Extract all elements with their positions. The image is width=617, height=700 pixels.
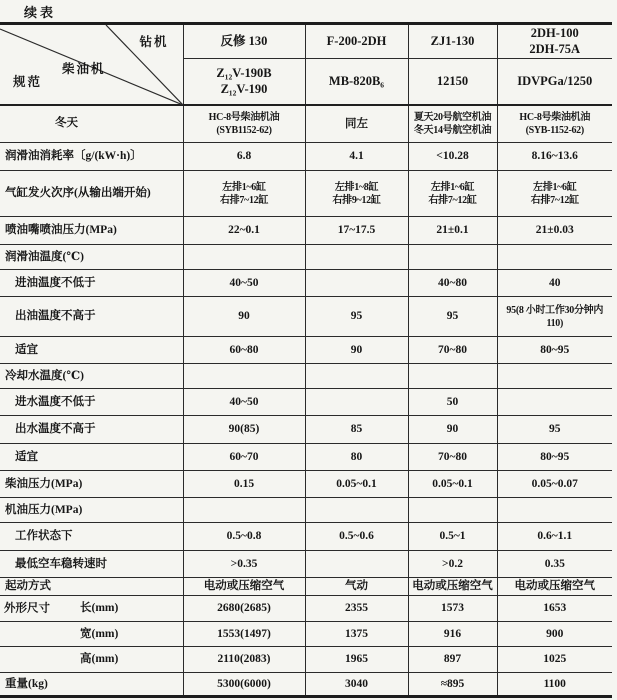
cell-value: 左排1~8缸 右排9~12缸 (305, 171, 408, 217)
cell-value (408, 245, 497, 270)
cell-value: 0.15 (183, 471, 305, 498)
row-label-cell: 工作状态下 (0, 523, 183, 551)
cell-value: 916 (408, 622, 497, 647)
row-label-cell: 最低空车稳转速时 (0, 551, 183, 578)
cell-value (497, 498, 612, 523)
cell-value: 0.6~1.1 (497, 523, 612, 551)
cell-value: 70~80 (408, 337, 497, 364)
row-label-cell: 冷却水温度(℃) (0, 364, 183, 389)
cell-value (305, 498, 408, 523)
row-label-cell: 气缸发火次序(从输出端开始) (0, 171, 183, 217)
cell-value: 1553(1497) (183, 622, 305, 647)
cell-value: 3040 (305, 673, 408, 697)
cell-value: 95 (497, 416, 612, 444)
continued-table-label: 续表 (24, 2, 56, 21)
row-label-text: 适宜 (0, 344, 183, 357)
row-label-text: 冷却水温度(℃) (0, 370, 183, 383)
cell-value: HC-8号柴油机油 (SYB1152-62) (183, 105, 305, 143)
row-group-label: 外形尺寸 (4, 602, 50, 615)
cell-value: <10.28 (408, 143, 497, 171)
table-row: 起动方式电动或压缩空气气动电动或压缩空气电动或压缩空气 (0, 578, 612, 596)
table-row: 机油压力(MPa) (0, 498, 612, 523)
cell-value (183, 245, 305, 270)
table-row: 出油温度不高于90959595(8 小时工作30分钟内110) (0, 297, 612, 337)
table-row: 冷却水温度(℃) (0, 364, 612, 389)
cell-value: 0.5~1 (408, 523, 497, 551)
cell-value: 左排1~6缸 右排7~12缸 (183, 171, 305, 217)
cell-value: 5300(6000) (183, 673, 305, 697)
cell-value: 900 (497, 622, 612, 647)
cell-value: 1375 (305, 622, 408, 647)
cell-value: 95 (305, 297, 408, 337)
row-label-text: 润滑油温度(℃) (0, 251, 183, 264)
cell-value: 1965 (305, 647, 408, 673)
engine-spec-table: 钻机 柴油机 规范 反修 130 F-200-2DH ZJ1-130 2DH-1… (0, 22, 612, 698)
cell-value (305, 389, 408, 416)
corner-label-engine: 柴油机 (62, 59, 106, 77)
row-label-cell: 出水温度不高于 (0, 416, 183, 444)
table-row: 宽(mm)1553(1497)1375916900 (0, 622, 612, 647)
cell-value: 电动或压缩空气 (408, 578, 497, 596)
row-label-cell: 出油温度不高于 (0, 297, 183, 337)
row-label-text: 起动方式 (0, 580, 183, 593)
cell-value: 90(85) (183, 416, 305, 444)
cell-value: 1100 (497, 673, 612, 697)
spec-table-body: 冬天HC-8号柴油机油 (SYB1152-62)同左夏天20号航空机油 冬天14… (0, 105, 612, 697)
cell-value: 21±0.03 (497, 217, 612, 245)
cell-value: 4.1 (305, 143, 408, 171)
cell-value: 0.5~0.6 (305, 523, 408, 551)
header-row-rig: 钻机 柴油机 规范 反修 130 F-200-2DH ZJ1-130 2DH-1… (0, 24, 612, 59)
row-label-text: 喷油嘴喷油压力(MPa) (0, 224, 183, 237)
column-header-rig: 2DH-100 2DH-75A (497, 24, 612, 59)
cell-value: 2110(2083) (183, 647, 305, 673)
cell-value: 1653 (497, 596, 612, 622)
cell-value: 0.05~0.1 (408, 471, 497, 498)
cell-value: 同左 (305, 105, 408, 143)
cell-value: 0.5~0.8 (183, 523, 305, 551)
table-row: 出水温度不高于90(85)859095 (0, 416, 612, 444)
row-label-cell: 宽(mm) (0, 622, 183, 647)
table-row: 柴油压力(MPa)0.150.05~0.10.05~0.10.05~0.07 (0, 471, 612, 498)
cell-value: 70~80 (408, 444, 497, 471)
cell-value: >0.2 (408, 551, 497, 578)
row-label-cell: 外形尺寸长(mm) (0, 596, 183, 622)
cell-value: 左排1~6缸 右排7~12缸 (497, 171, 612, 217)
table-row: 润滑油温度(℃) (0, 245, 612, 270)
cell-value (408, 498, 497, 523)
corner-label-spec: 规范 (13, 72, 42, 90)
cell-value: 0.35 (497, 551, 612, 578)
row-label-cell: 高(mm) (0, 647, 183, 673)
row-label-text: 适宜 (0, 451, 183, 464)
row-label-cell: 适宜 (0, 337, 183, 364)
row-label-text: 润滑油消耗率〔g/(kW·h)〕 (0, 150, 183, 163)
cell-value: 6.8 (183, 143, 305, 171)
cell-value: 21±0.1 (408, 217, 497, 245)
diagonal-corner-cell: 钻机 柴油机 规范 (0, 24, 183, 105)
cell-value: 40~80 (408, 270, 497, 297)
column-header-rig: F-200-2DH (305, 24, 408, 59)
row-label-cell: 冬天 (0, 105, 183, 143)
cell-value: 90 (305, 337, 408, 364)
cell-value: 17~17.5 (305, 217, 408, 245)
cell-value: 22~0.1 (183, 217, 305, 245)
cell-value: 40 (497, 270, 612, 297)
cell-value: 40~50 (183, 389, 305, 416)
row-label-cell: 进水温度不低于 (0, 389, 183, 416)
row-label-cell: 柴油压力(MPa) (0, 471, 183, 498)
row-label-text: 宽(mm) (0, 628, 183, 641)
cell-value: 80 (305, 444, 408, 471)
table-row: 工作状态下0.5~0.80.5~0.60.5~10.6~1.1 (0, 523, 612, 551)
scanned-document-page: 续表 钻机 柴油机 规范 反修 130 F-200-2DH ZJ1-130 2 (0, 0, 617, 700)
row-label-cell: 进油温度不低于 (0, 270, 183, 297)
row-label-text: 最低空车稳转速时 (0, 558, 183, 571)
row-label-cell: 喷油嘴喷油压力(MPa) (0, 217, 183, 245)
row-label-text: 出水温度不高于 (0, 423, 183, 436)
cell-value: 95 (408, 297, 497, 337)
row-label-cell: 重量(kg) (0, 673, 183, 697)
row-label-text: 进油温度不低于 (0, 277, 183, 290)
column-header-engine: 12150 (408, 59, 497, 105)
cell-value: 夏天20号航空机油 冬天14号航空机油 (408, 105, 497, 143)
row-label-text: 高(mm) (0, 653, 183, 666)
table-row: 高(mm)2110(2083)19658971025 (0, 647, 612, 673)
table-row: 喷油嘴喷油压力(MPa)22~0.117~17.521±0.121±0.03 (0, 217, 612, 245)
cell-value: 80~95 (497, 444, 612, 471)
cell-value: 90 (183, 297, 305, 337)
cell-value (497, 364, 612, 389)
row-label-text: 机油压力(MPa) (0, 504, 183, 517)
cell-value: 2355 (305, 596, 408, 622)
table-row: 最低空车稳转速时>0.35>0.20.35 (0, 551, 612, 578)
table-row: 进水温度不低于40~5050 (0, 389, 612, 416)
cell-value (497, 389, 612, 416)
cell-value: >0.35 (183, 551, 305, 578)
column-header-engine: Z₁₂V-190B Z₁₂V-190 (183, 59, 305, 105)
column-header-rig: 反修 130 (183, 24, 305, 59)
table-row: 进油温度不低于40~5040~8040 (0, 270, 612, 297)
cell-value (305, 270, 408, 297)
row-label-text: 柴油压力(MPa) (0, 478, 183, 491)
row-label-cell: 润滑油消耗率〔g/(kW·h)〕 (0, 143, 183, 171)
cell-value: 1573 (408, 596, 497, 622)
row-label-text: 出油温度不高于 (0, 310, 183, 323)
cell-value: 电动或压缩空气 (183, 578, 305, 596)
table-row: 适宜60~809070~8080~95 (0, 337, 612, 364)
cell-value (183, 498, 305, 523)
column-header-engine: IDVPGa/1250 (497, 59, 612, 105)
row-label-text: 工作状态下 (0, 530, 183, 543)
column-header-rig: ZJ1-130 (408, 24, 497, 59)
cell-value: 气动 (305, 578, 408, 596)
cell-value: 8.16~13.6 (497, 143, 612, 171)
row-label-text: 气缸发火次序(从输出端开始) (0, 187, 183, 200)
cell-value: 0.05~0.07 (497, 471, 612, 498)
column-header-engine: MB-820B₆ (305, 59, 408, 105)
cell-value (497, 245, 612, 270)
table-row: 重量(kg)5300(6000)3040≈8951100 (0, 673, 612, 697)
cell-value: 60~80 (183, 337, 305, 364)
corner-label-rig: 钻机 (139, 32, 168, 50)
table-row: 适宜60~708070~8080~95 (0, 444, 612, 471)
table-row: 润滑油消耗率〔g/(kW·h)〕6.84.1<10.288.16~13.6 (0, 143, 612, 171)
cell-value: 0.05~0.1 (305, 471, 408, 498)
row-label-cell: 适宜 (0, 444, 183, 471)
cell-value (408, 364, 497, 389)
cell-value: 电动或压缩空气 (497, 578, 612, 596)
cell-value: 2680(2685) (183, 596, 305, 622)
row-label-text: 冬天 (0, 117, 183, 130)
row-label-text: 重量(kg) (0, 678, 183, 691)
cell-value: 85 (305, 416, 408, 444)
cell-value: 1025 (497, 647, 612, 673)
cell-value (305, 551, 408, 578)
row-label-cell: 润滑油温度(℃) (0, 245, 183, 270)
table-row: 气缸发火次序(从输出端开始)左排1~6缸 右排7~12缸左排1~8缸 右排9~1… (0, 171, 612, 217)
cell-value: 80~95 (497, 337, 612, 364)
cell-value: 95(8 小时工作30分钟内110) (497, 297, 612, 337)
table-row: 冬天HC-8号柴油机油 (SYB1152-62)同左夏天20号航空机油 冬天14… (0, 105, 612, 143)
cell-value: 897 (408, 647, 497, 673)
cell-value (305, 364, 408, 389)
cell-value: 90 (408, 416, 497, 444)
cell-value (183, 364, 305, 389)
cell-value: HC-8号柴油机油 (SYB-1152-62) (497, 105, 612, 143)
row-label-cell: 起动方式 (0, 578, 183, 596)
cell-value: 左排1~6缸 右排7~12缸 (408, 171, 497, 217)
row-label-text: 进水温度不低于 (0, 396, 183, 409)
cell-value: 40~50 (183, 270, 305, 297)
table-row: 外形尺寸长(mm)2680(2685)235515731653 (0, 596, 612, 622)
cell-value: ≈895 (408, 673, 497, 697)
cell-value: 60~70 (183, 444, 305, 471)
cell-value: 50 (408, 389, 497, 416)
cell-value (305, 245, 408, 270)
row-label-cell: 机油压力(MPa) (0, 498, 183, 523)
